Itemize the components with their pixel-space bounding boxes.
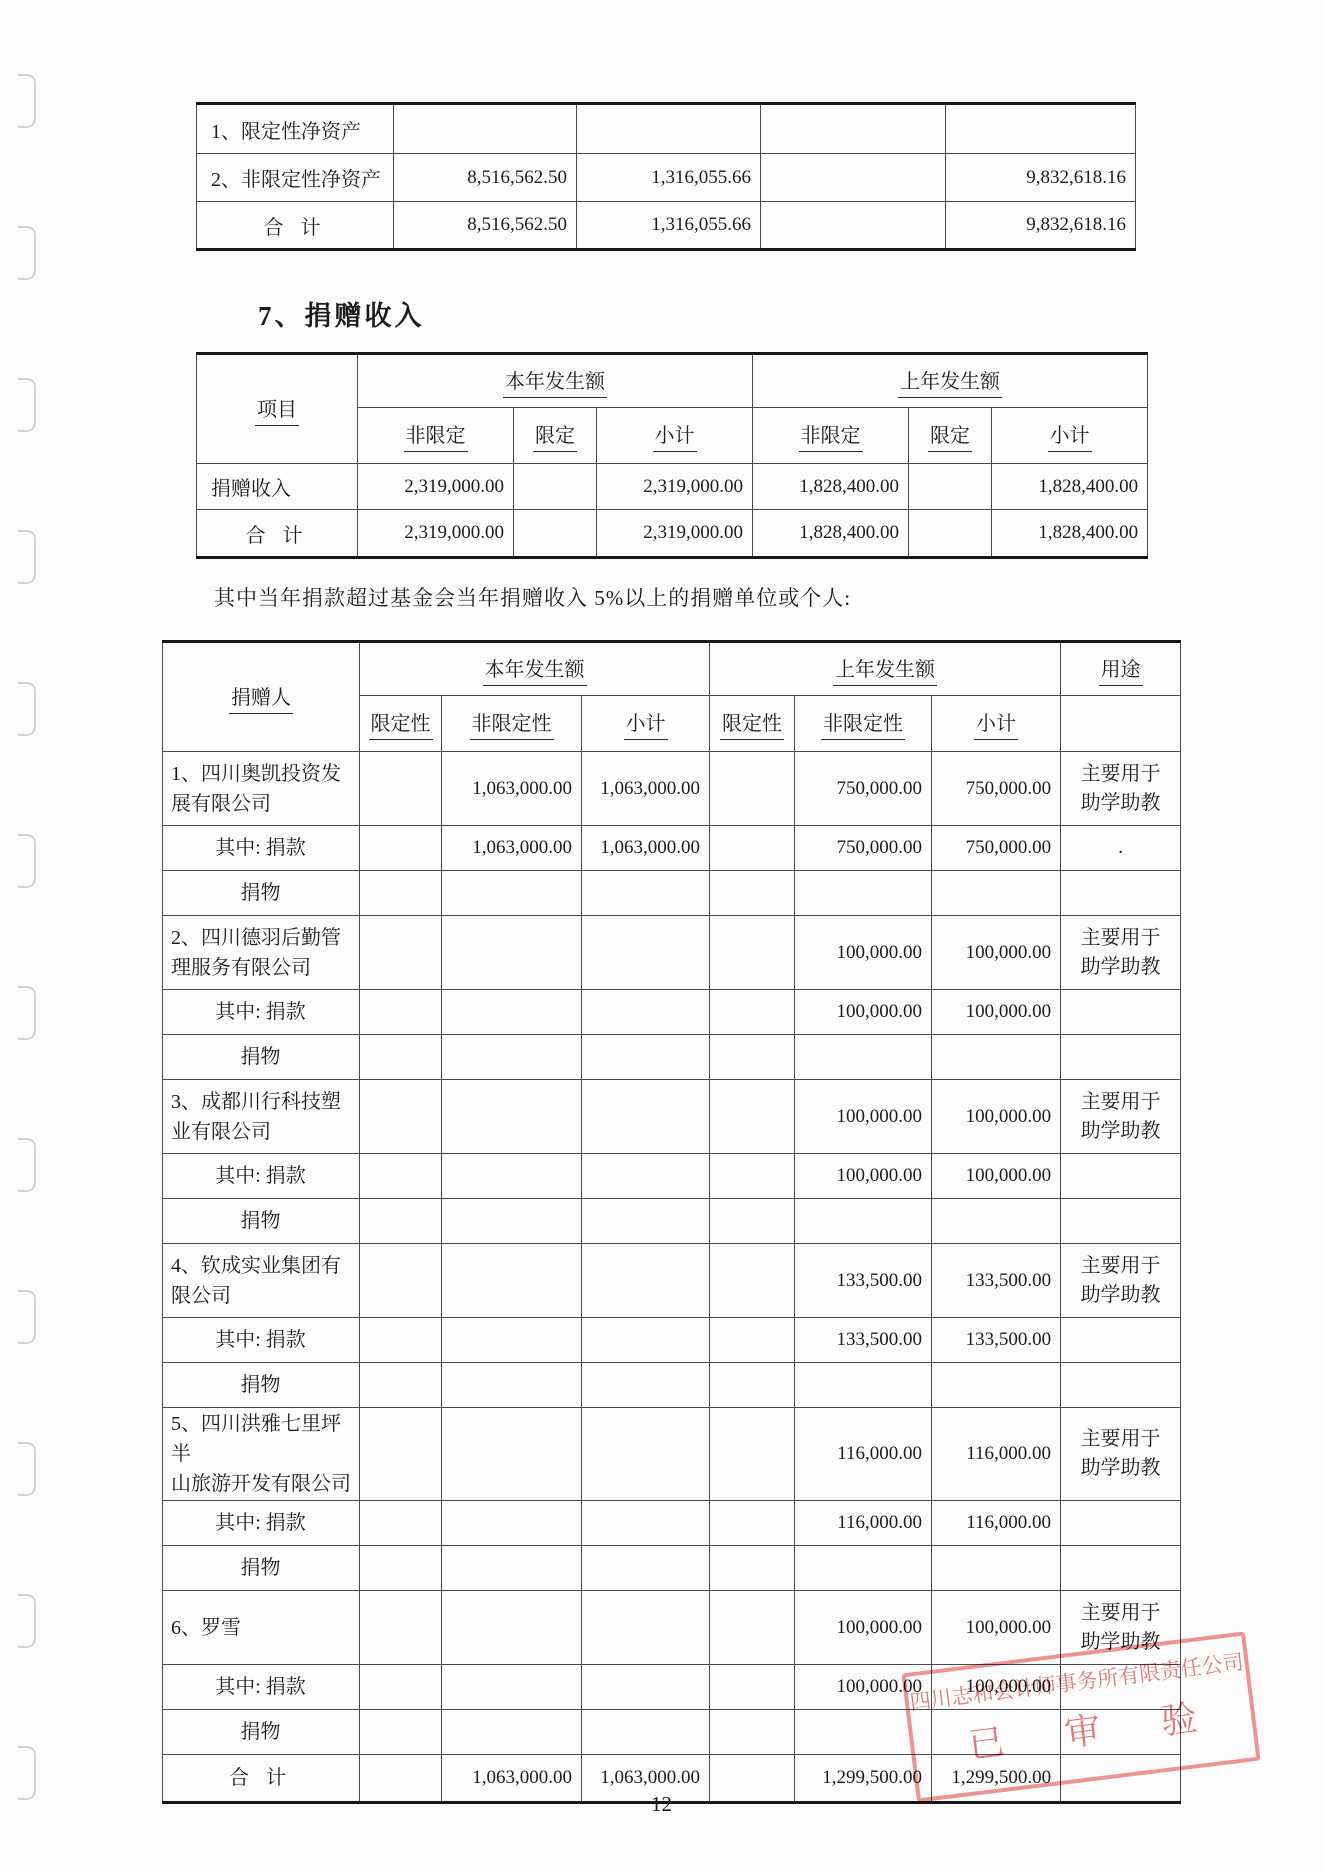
cell-amount bbox=[710, 1408, 795, 1501]
table-row: 1、限定性净资产 bbox=[197, 104, 1136, 154]
donor-name-line: 捐物 bbox=[163, 1717, 358, 1747]
donor-name-line: 1、四川奥凯投资发 bbox=[171, 759, 358, 789]
column-header-item: 项目 bbox=[197, 354, 358, 464]
cell-donor-name: 捐物 bbox=[163, 1363, 360, 1408]
table-row: 其中: 捐款 133,500.00 133,500.00 bbox=[163, 1318, 1181, 1363]
cell-amount bbox=[932, 1199, 1061, 1244]
cell-amount: 116,000.00 bbox=[932, 1408, 1061, 1501]
cell-amount bbox=[795, 871, 932, 916]
cell-amount: 750,000.00 bbox=[795, 826, 932, 871]
subheader-restricted: 限定 bbox=[514, 408, 597, 464]
cell-amount bbox=[710, 916, 795, 990]
cell-usage bbox=[1061, 1318, 1181, 1363]
cell-amount bbox=[360, 1501, 442, 1546]
subheader-restricted: 限定 bbox=[909, 408, 992, 464]
cell-amount: 750,000.00 bbox=[932, 826, 1061, 871]
cell-amount bbox=[795, 1363, 932, 1408]
binding-hole-mark bbox=[18, 74, 36, 128]
cell-amount bbox=[360, 1199, 442, 1244]
cell-amount: 9,832,618.16 bbox=[946, 202, 1136, 250]
cell-amount: 116,000.00 bbox=[932, 1501, 1061, 1546]
usage-line bbox=[1062, 1385, 1179, 1386]
usage-line: 主要用于 bbox=[1062, 1599, 1179, 1628]
cell-usage: 主要用于 助学助教 bbox=[1061, 752, 1181, 826]
cell-amount bbox=[582, 1591, 710, 1665]
usage-line: 助学助教 bbox=[1062, 1117, 1179, 1146]
donor-name-line: 其中: 捐款 bbox=[163, 1672, 358, 1702]
cell-amount: 1,828,400.00 bbox=[992, 464, 1148, 510]
cell-usage: 主要用于 助学助教 bbox=[1061, 1080, 1181, 1154]
cell-amount: 1,828,400.00 bbox=[753, 464, 909, 510]
donor-name-line: 限公司 bbox=[171, 1281, 358, 1311]
column-header-usage: 用途 bbox=[1061, 642, 1181, 696]
cell-amount: 1,316,055.66 bbox=[577, 202, 761, 250]
donor-name-line: 捐物 bbox=[163, 1553, 358, 1583]
cell-amount bbox=[582, 871, 710, 916]
cell-amount bbox=[710, 1710, 795, 1755]
cell-amount bbox=[582, 1501, 710, 1546]
usage-line: 主要用于 bbox=[1062, 1252, 1179, 1281]
usage-line bbox=[1062, 1176, 1179, 1177]
cell-donor-name: 1、四川奥凯投资发 展有限公司 bbox=[163, 752, 360, 826]
cell-amount: 2,319,000.00 bbox=[358, 464, 514, 510]
binding-hole-mark bbox=[18, 378, 36, 432]
cell-amount bbox=[710, 1501, 795, 1546]
cell-amount bbox=[360, 871, 442, 916]
cell-donor-name: 其中: 捐款 bbox=[163, 826, 360, 871]
cell-donor-name: 6、罗雪 bbox=[163, 1591, 360, 1665]
usage-line: 主要用于 bbox=[1062, 760, 1179, 789]
section-heading: 7、捐赠收入 bbox=[258, 294, 425, 333]
cell-amount bbox=[442, 1035, 582, 1080]
cell-amount bbox=[710, 1546, 795, 1591]
cell-amount: 2,319,000.00 bbox=[358, 510, 514, 558]
donor-name-line: 6、罗雪 bbox=[171, 1613, 358, 1643]
usage-line bbox=[1062, 893, 1179, 894]
cell-amount bbox=[514, 510, 597, 558]
cell-usage bbox=[1061, 990, 1181, 1035]
cell-amount bbox=[582, 1035, 710, 1080]
cell-amount bbox=[360, 1035, 442, 1080]
cell-amount bbox=[442, 1363, 582, 1408]
cell-amount bbox=[710, 1154, 795, 1199]
cell-amount: 1,063,000.00 bbox=[442, 752, 582, 826]
usage-line bbox=[1062, 1523, 1179, 1524]
subheader-unrestricted: 非限定 bbox=[753, 408, 909, 464]
cell-donor-name: 捐物 bbox=[163, 1199, 360, 1244]
table-row: 3、成都川行科技塑 业有限公司 100,000.00 100,000.00 主要… bbox=[163, 1080, 1181, 1154]
usage-line: 助学助教 bbox=[1062, 953, 1179, 982]
cell-amount: 100,000.00 bbox=[932, 1080, 1061, 1154]
cell-donor-name: 5、四川洪雅七里坪半 山旅游开发有限公司 bbox=[163, 1408, 360, 1501]
subheader-unrestricted: 非限定性 bbox=[442, 696, 582, 752]
row-label: 合 计 bbox=[197, 510, 358, 558]
cell-amount bbox=[442, 1080, 582, 1154]
table-row: 合 计 8,516,562.50 1,316,055.66 9,832,618.… bbox=[197, 202, 1136, 250]
cell-amount: 100,000.00 bbox=[932, 916, 1061, 990]
column-header-prior-year: 上年发生额 bbox=[753, 354, 1148, 408]
binding-hole-mark bbox=[18, 834, 36, 888]
cell-amount: 100,000.00 bbox=[795, 990, 932, 1035]
cell-amount bbox=[761, 104, 946, 154]
cell-amount: 100,000.00 bbox=[795, 1080, 932, 1154]
row-label: 2、非限定性净资产 bbox=[197, 154, 394, 202]
cell-donor-name: 其中: 捐款 bbox=[163, 1318, 360, 1363]
cell-amount: 750,000.00 bbox=[795, 752, 932, 826]
scanned-report-page: 1、限定性净资产 2、非限定性净资产 8,516,562.50 1,316,05… bbox=[0, 0, 1323, 1872]
cell-amount bbox=[582, 990, 710, 1035]
usage-line bbox=[1062, 862, 1179, 863]
cell-amount bbox=[360, 990, 442, 1035]
cell-amount bbox=[582, 1318, 710, 1363]
cell-amount bbox=[442, 1318, 582, 1363]
cell-amount: 100,000.00 bbox=[795, 916, 932, 990]
donor-name-line: 其中: 捐款 bbox=[163, 833, 358, 863]
cell-donor-name: 捐物 bbox=[163, 1546, 360, 1591]
cell-usage bbox=[1061, 1199, 1181, 1244]
cell-amount bbox=[710, 1363, 795, 1408]
usage-line bbox=[1062, 1221, 1179, 1222]
cell-amount: 100,000.00 bbox=[795, 1591, 932, 1665]
cell-amount bbox=[582, 1710, 710, 1755]
column-header-donor: 捐赠人 bbox=[163, 642, 360, 752]
cell-amount bbox=[360, 1591, 442, 1665]
cell-amount bbox=[360, 752, 442, 826]
table-row: 4、钦成实业集团有 限公司 133,500.00 133,500.00 主要用于… bbox=[163, 1244, 1181, 1318]
cell-amount: 1,063,000.00 bbox=[582, 752, 710, 826]
cell-amount bbox=[932, 871, 1061, 916]
binding-hole-mark bbox=[18, 1594, 36, 1648]
donor-name-line: 捐物 bbox=[163, 878, 358, 908]
cell-amount bbox=[710, 1665, 795, 1710]
cell-amount bbox=[582, 1244, 710, 1318]
donor-name-line: 合 计 bbox=[163, 1763, 358, 1793]
cell-amount bbox=[909, 464, 992, 510]
usage-line: 助学助教 bbox=[1062, 789, 1179, 818]
table-row: 捐赠收入 2,319,000.00 2,319,000.00 1,828,400… bbox=[197, 464, 1148, 510]
cell-amount: 116,000.00 bbox=[795, 1501, 932, 1546]
cell-amount: 1,316,055.66 bbox=[577, 154, 761, 202]
cell-usage: 主要用于 助学助教 bbox=[1061, 1244, 1181, 1318]
donor-name-line: 捐物 bbox=[163, 1206, 358, 1236]
row-label: 合 计 bbox=[197, 202, 394, 250]
cell-amount bbox=[442, 1710, 582, 1755]
cell-donor-name: 捐物 bbox=[163, 1035, 360, 1080]
cell-amount: 2,319,000.00 bbox=[597, 464, 753, 510]
cell-usage bbox=[1061, 1154, 1181, 1199]
usage-line bbox=[1062, 1340, 1179, 1341]
table-row: 捐物 bbox=[163, 1035, 1181, 1080]
usage-line bbox=[1062, 1057, 1179, 1058]
cell-amount bbox=[795, 1199, 932, 1244]
binding-hole-mark bbox=[18, 986, 36, 1040]
subheader-unrestricted: 非限定性 bbox=[795, 696, 932, 752]
cell-usage bbox=[1061, 1546, 1181, 1591]
cell-amount bbox=[795, 1546, 932, 1591]
cell-amount bbox=[360, 1665, 442, 1710]
table-row: 1、四川奥凯投资发 展有限公司 1,063,000.00 1,063,000.0… bbox=[163, 752, 1181, 826]
donor-name-line: 其中: 捐款 bbox=[163, 1161, 358, 1191]
binding-hole-mark bbox=[18, 530, 36, 584]
cell-amount bbox=[442, 1244, 582, 1318]
cell-amount: 1,828,400.00 bbox=[753, 510, 909, 558]
page-number: 12 bbox=[0, 1792, 1323, 1817]
cell-amount bbox=[577, 104, 761, 154]
cell-amount bbox=[582, 1408, 710, 1501]
usage-line bbox=[1062, 1012, 1179, 1013]
usage-line: 助学助教 bbox=[1062, 1281, 1179, 1310]
cell-amount bbox=[710, 990, 795, 1035]
table-header-row: 项目 本年发生额 上年发生额 bbox=[197, 354, 1148, 408]
table-row: 捐物 bbox=[163, 1199, 1181, 1244]
donors-note-text: 其中当年捐款超过基金会当年捐赠收入 5%以上的捐赠单位或个人: bbox=[214, 582, 851, 612]
cell-amount bbox=[932, 1546, 1061, 1591]
subheader-unrestricted: 非限定 bbox=[358, 408, 514, 464]
cell-amount: 133,500.00 bbox=[932, 1318, 1061, 1363]
table-row: 合 计 2,319,000.00 2,319,000.00 1,828,400.… bbox=[197, 510, 1148, 558]
cell-donor-name: 4、钦成实业集团有 限公司 bbox=[163, 1244, 360, 1318]
donor-name-line: 理服务有限公司 bbox=[171, 953, 358, 983]
cell-amount: 2,319,000.00 bbox=[597, 510, 753, 558]
major-donors-table: 捐赠人 本年发生额 上年发生额 用途 限定性 非限定性 小计 限定性 非限定性 … bbox=[162, 640, 1181, 1804]
cell-amount bbox=[582, 1665, 710, 1710]
cell-usage: 主要用于 助学助教 bbox=[1061, 1408, 1181, 1501]
donor-name-line: 其中: 捐款 bbox=[163, 1508, 358, 1538]
subheader-restricted: 限定性 bbox=[710, 696, 795, 752]
cell-donor-name: 3、成都川行科技塑 业有限公司 bbox=[163, 1080, 360, 1154]
donor-name-line: 3、成都川行科技塑 bbox=[171, 1087, 358, 1117]
cell-amount bbox=[360, 916, 442, 990]
cell-amount bbox=[360, 1318, 442, 1363]
donor-name-line: 5、四川洪雅七里坪半 bbox=[171, 1409, 358, 1469]
cell-amount bbox=[442, 1501, 582, 1546]
cell-amount bbox=[710, 1244, 795, 1318]
cell-usage bbox=[1061, 1501, 1181, 1546]
row-label: 捐赠收入 bbox=[197, 464, 358, 510]
table-row: 2、四川德羽后勤管 理服务有限公司 100,000.00 100,000.00 … bbox=[163, 916, 1181, 990]
table-row: 其中: 捐款 1,063,000.00 1,063,000.00 750,000… bbox=[163, 826, 1181, 871]
usage-line: 主要用于 bbox=[1062, 1088, 1179, 1117]
cell-amount bbox=[710, 871, 795, 916]
subheader-subtotal: 小计 bbox=[582, 696, 710, 752]
cell-amount: 1,063,000.00 bbox=[442, 826, 582, 871]
binding-hole-mark bbox=[18, 1138, 36, 1192]
cell-amount bbox=[710, 752, 795, 826]
cell-amount bbox=[360, 826, 442, 871]
cell-amount bbox=[442, 1546, 582, 1591]
cell-amount bbox=[582, 916, 710, 990]
cell-amount bbox=[946, 104, 1136, 154]
cell-amount bbox=[394, 104, 577, 154]
table-row: 其中: 捐款 116,000.00 116,000.00 bbox=[163, 1501, 1181, 1546]
cell-amount bbox=[442, 990, 582, 1035]
usage-line: . bbox=[1062, 833, 1179, 862]
donor-name-line: 4、钦成实业集团有 bbox=[171, 1251, 358, 1281]
cell-usage bbox=[1061, 1363, 1181, 1408]
donor-name-line: 捐物 bbox=[163, 1042, 358, 1072]
cell-amount bbox=[442, 1591, 582, 1665]
cell-amount: 100,000.00 bbox=[795, 1154, 932, 1199]
cell-amount bbox=[710, 1318, 795, 1363]
table-row: 5、四川洪雅七里坪半 山旅游开发有限公司 116,000.00 116,000.… bbox=[163, 1408, 1181, 1501]
cell-amount bbox=[442, 1199, 582, 1244]
binding-hole-mark bbox=[18, 1442, 36, 1496]
cell-amount bbox=[582, 1080, 710, 1154]
table-row: 其中: 捐款 100,000.00 100,000.00 bbox=[163, 990, 1181, 1035]
cell-amount bbox=[442, 1154, 582, 1199]
subheader-restricted: 限定性 bbox=[360, 696, 442, 752]
donor-name-line: 业有限公司 bbox=[171, 1117, 358, 1147]
table-row: 2、非限定性净资产 8,516,562.50 1,316,055.66 9,83… bbox=[197, 154, 1136, 202]
cell-usage bbox=[1061, 871, 1181, 916]
cell-usage: 主要用于 助学助教 bbox=[1061, 916, 1181, 990]
cell-amount bbox=[761, 154, 946, 202]
cell-amount: 133,500.00 bbox=[795, 1244, 932, 1318]
table-row: 捐物 bbox=[163, 871, 1181, 916]
table-row: 捐物 bbox=[163, 1363, 1181, 1408]
cell-amount: 100,000.00 bbox=[932, 1591, 1061, 1665]
donor-name-line: 山旅游开发有限公司 bbox=[171, 1469, 358, 1499]
binding-hole-mark bbox=[18, 682, 36, 736]
donor-name-line: 其中: 捐款 bbox=[163, 997, 358, 1027]
cell-amount: 750,000.00 bbox=[932, 752, 1061, 826]
subheader-subtotal: 小计 bbox=[932, 696, 1061, 752]
cell-amount bbox=[710, 826, 795, 871]
cell-amount bbox=[360, 1080, 442, 1154]
cell-amount bbox=[582, 1546, 710, 1591]
table-row: 捐物 bbox=[163, 1546, 1181, 1591]
cell-donor-name: 其中: 捐款 bbox=[163, 1665, 360, 1710]
donation-income-table: 项目 本年发生额 上年发生额 非限定 限定 小计 非限定 限定 小计 捐赠收入 … bbox=[196, 352, 1148, 559]
subheader-subtotal: 小计 bbox=[992, 408, 1148, 464]
cell-amount bbox=[442, 916, 582, 990]
usage-line: 主要用于 bbox=[1062, 1425, 1179, 1454]
net-assets-table: 1、限定性净资产 2、非限定性净资产 8,516,562.50 1,316,05… bbox=[196, 102, 1136, 251]
cell-amount bbox=[710, 1080, 795, 1154]
binding-hole-mark bbox=[18, 1290, 36, 1344]
cell-amount: 8,516,562.50 bbox=[394, 202, 577, 250]
subheader-usage-empty bbox=[1061, 696, 1181, 752]
usage-line: 主要用于 bbox=[1062, 924, 1179, 953]
column-header-current-year: 本年发生额 bbox=[358, 354, 753, 408]
donor-name-line: 捐物 bbox=[163, 1370, 358, 1400]
cell-amount bbox=[761, 202, 946, 250]
cell-amount: 1,828,400.00 bbox=[992, 510, 1148, 558]
table-header-row: 捐赠人 本年发生额 上年发生额 用途 bbox=[163, 642, 1181, 696]
cell-amount bbox=[582, 1363, 710, 1408]
usage-line: 助学助教 bbox=[1062, 1454, 1179, 1483]
subheader-subtotal: 小计 bbox=[597, 408, 753, 464]
cell-amount: 100,000.00 bbox=[932, 990, 1061, 1035]
cell-amount bbox=[932, 1035, 1061, 1080]
cell-usage: . bbox=[1061, 826, 1181, 871]
binding-hole-mark bbox=[18, 226, 36, 280]
donor-name-line: 展有限公司 bbox=[171, 789, 358, 819]
cell-amount bbox=[442, 1665, 582, 1710]
cell-amount: 1,063,000.00 bbox=[582, 826, 710, 871]
cell-amount bbox=[360, 1244, 442, 1318]
table-row: 6、罗雪 100,000.00 100,000.00 主要用于 助学助教 bbox=[163, 1591, 1181, 1665]
cell-amount bbox=[710, 1199, 795, 1244]
cell-amount bbox=[909, 510, 992, 558]
table-row: 其中: 捐款 100,000.00 100,000.00 bbox=[163, 1154, 1181, 1199]
cell-amount: 9,832,618.16 bbox=[946, 154, 1136, 202]
cell-donor-name: 捐物 bbox=[163, 871, 360, 916]
cell-amount bbox=[932, 1363, 1061, 1408]
column-header-prior-year: 上年发生额 bbox=[710, 642, 1061, 696]
cell-amount bbox=[710, 1035, 795, 1080]
cell-donor-name: 捐物 bbox=[163, 1710, 360, 1755]
cell-amount bbox=[795, 1035, 932, 1080]
cell-donor-name: 2、四川德羽后勤管 理服务有限公司 bbox=[163, 916, 360, 990]
cell-amount bbox=[514, 464, 597, 510]
cell-amount bbox=[360, 1710, 442, 1755]
usage-line bbox=[1062, 1568, 1179, 1569]
cell-amount: 116,000.00 bbox=[795, 1408, 932, 1501]
column-header-current-year: 本年发生额 bbox=[360, 642, 710, 696]
donor-name-line: 其中: 捐款 bbox=[163, 1325, 358, 1355]
cell-amount bbox=[582, 1199, 710, 1244]
cell-amount bbox=[442, 1408, 582, 1501]
cell-amount bbox=[710, 1591, 795, 1665]
cell-donor-name: 其中: 捐款 bbox=[163, 1501, 360, 1546]
cell-amount bbox=[360, 1154, 442, 1199]
cell-amount bbox=[360, 1363, 442, 1408]
donor-name-line: 2、四川德羽后勤管 bbox=[171, 923, 358, 953]
cell-amount: 133,500.00 bbox=[795, 1318, 932, 1363]
cell-donor-name: 其中: 捐款 bbox=[163, 990, 360, 1035]
cell-amount bbox=[442, 871, 582, 916]
row-label: 1、限定性净资产 bbox=[197, 104, 394, 154]
cell-donor-name: 其中: 捐款 bbox=[163, 1154, 360, 1199]
cell-amount bbox=[582, 1154, 710, 1199]
cell-amount: 100,000.00 bbox=[932, 1154, 1061, 1199]
cell-amount: 133,500.00 bbox=[932, 1244, 1061, 1318]
cell-amount: 8,516,562.50 bbox=[394, 154, 577, 202]
cell-amount bbox=[360, 1546, 442, 1591]
cell-usage bbox=[1061, 1035, 1181, 1080]
cell-amount bbox=[360, 1408, 442, 1501]
